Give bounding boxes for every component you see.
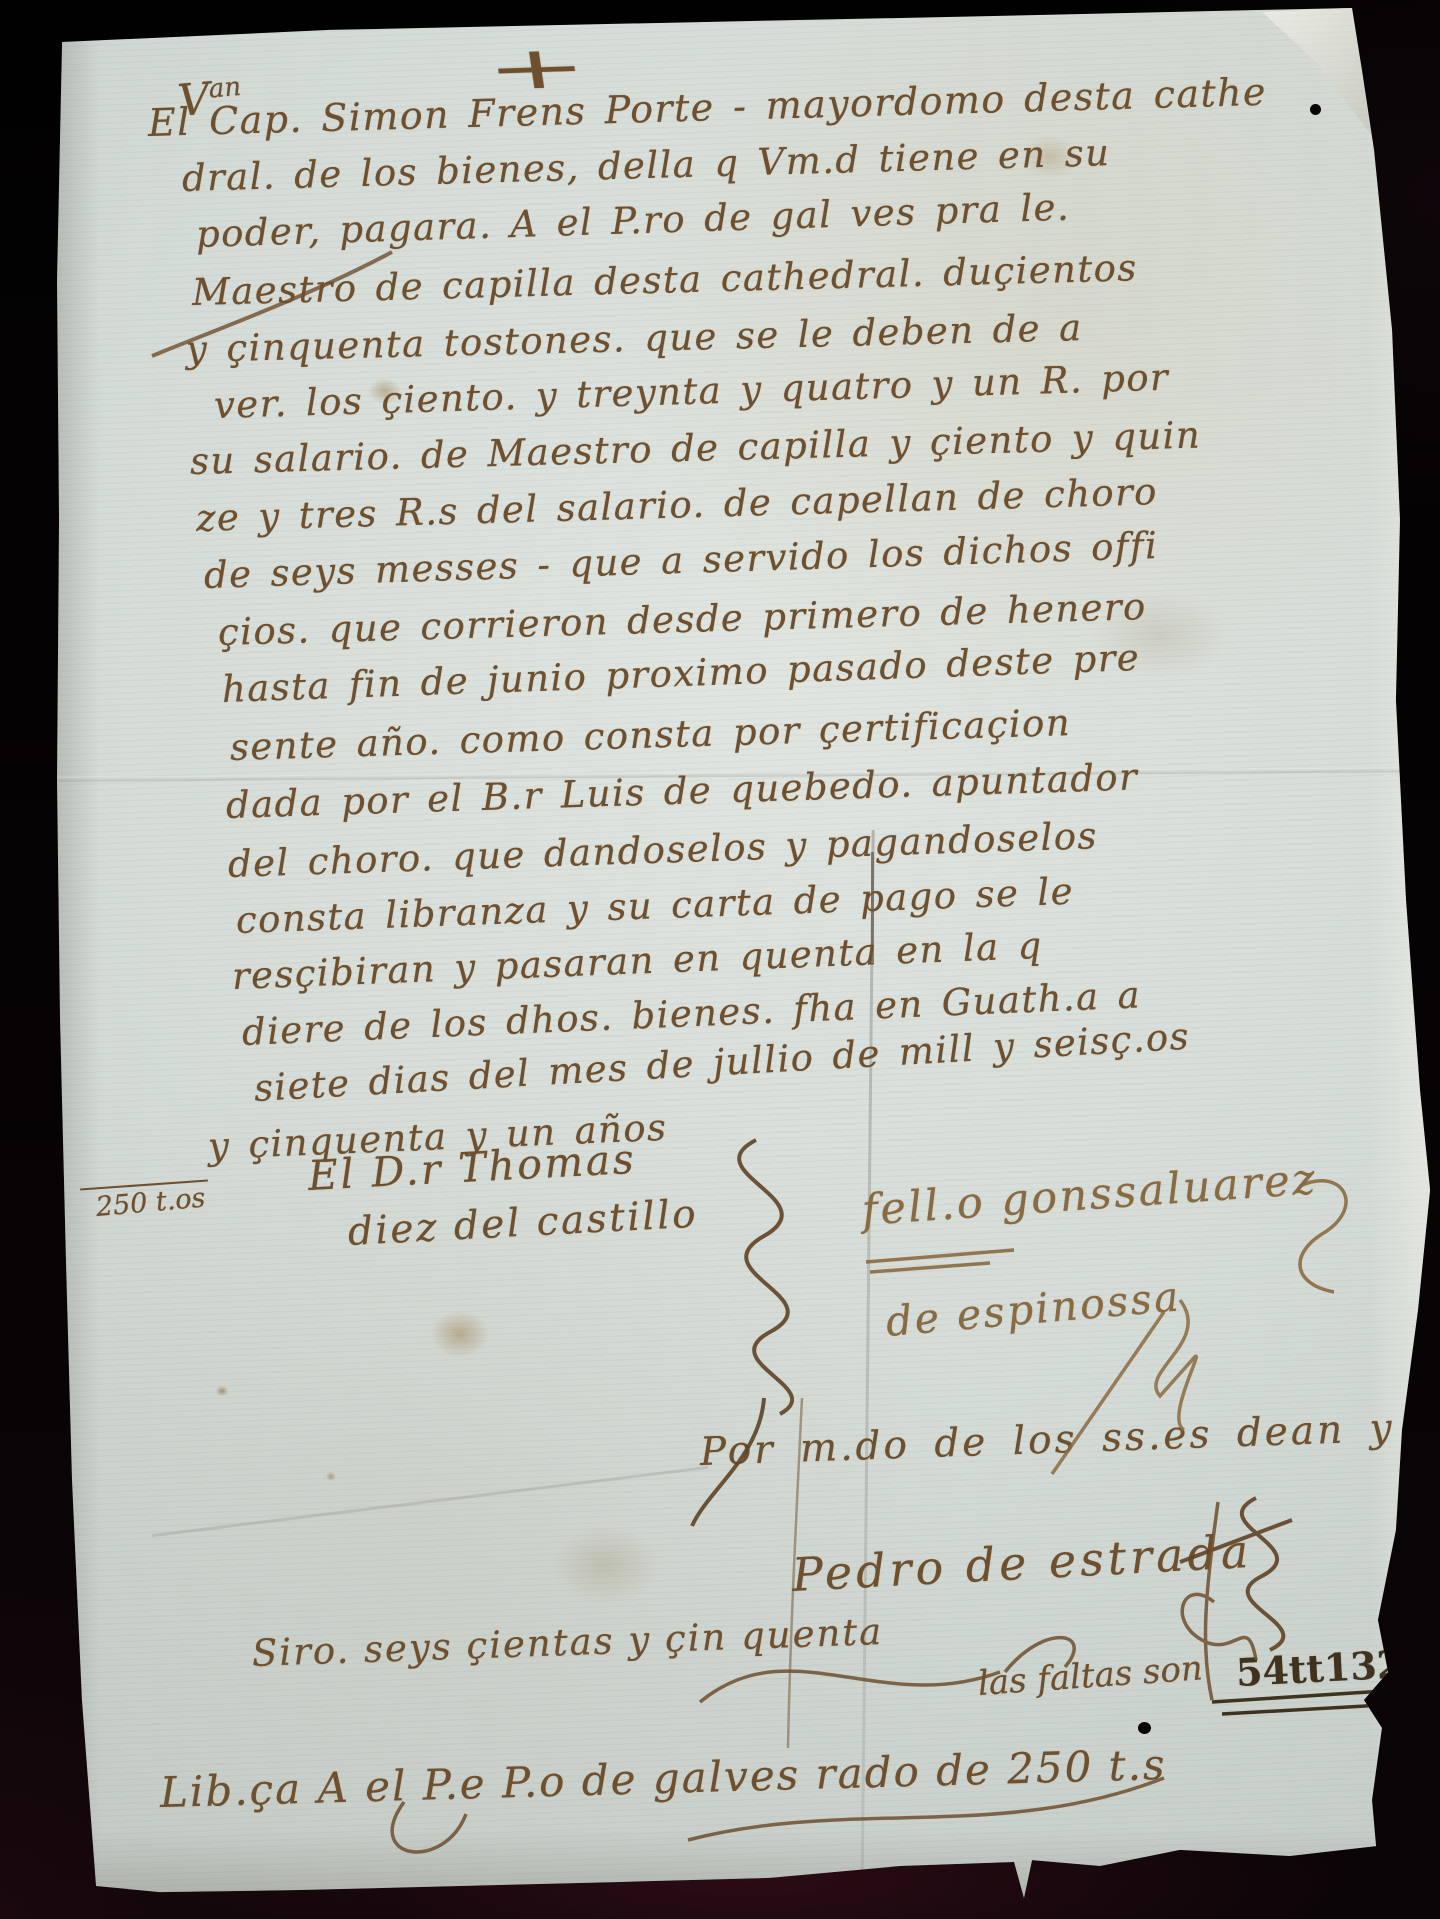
- pen-flourishes: [0, 0, 1440, 1919]
- order-line-descender: [788, 1398, 802, 1748]
- rubric-flourish-espinossa: [1052, 1300, 1196, 1474]
- worm-hole: [1310, 104, 1321, 115]
- rubric-flourish-r-loop: [1182, 1502, 1256, 1700]
- rubric-flourish-gonssaluarez: [866, 1181, 1346, 1292]
- tally-flourish: [700, 1638, 1074, 1702]
- closing-line-flourish: [392, 1778, 1164, 1852]
- paper-sheet: + Van El Cap. Simon Frens Porte - mayord…: [0, 0, 1440, 1919]
- tally-underline: [1212, 1688, 1432, 1714]
- rubric-flourish-estrada: [1180, 1498, 1292, 1650]
- worm-hole: [1138, 1722, 1151, 1734]
- line-start-flourish: [152, 252, 392, 356]
- manuscript-photo: + Van El Cap. Simon Frens Porte - mayord…: [0, 0, 1440, 1919]
- rubric-flourish-castillo: [692, 1140, 792, 1526]
